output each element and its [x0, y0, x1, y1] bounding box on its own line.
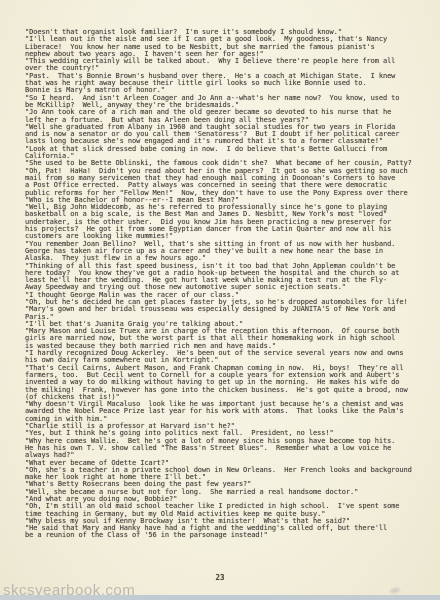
typewritten-text-block: "Doesn't that organist look familiar? I'… [25, 29, 437, 540]
text-line: "Look at that slick dressed babe coming … [25, 146, 437, 153]
text-line: "Mary's gown and her bridal trousseau wa… [25, 306, 437, 313]
page-number: 23 [0, 573, 440, 582]
yearbook-page: "Doesn't that organist look familiar? I'… [0, 0, 440, 600]
text-line: He has his own T. V. show called "The Ba… [25, 445, 437, 452]
scan-smudge-mark [390, 587, 401, 594]
text-line: be a reunion of the Class of '56 in the … [25, 532, 437, 539]
scan-edge-strip [0, 595, 440, 600]
